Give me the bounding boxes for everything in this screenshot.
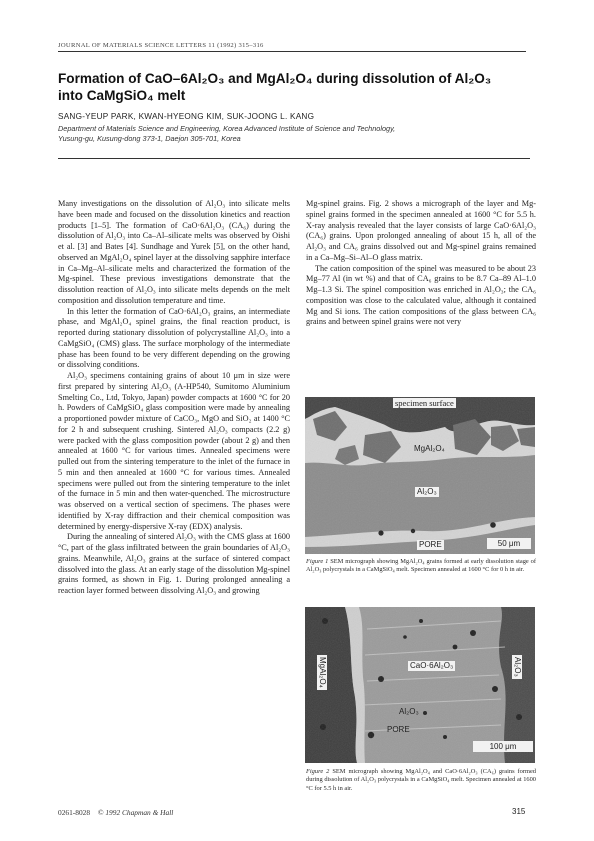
paragraph: The cation composition of the spinel was…	[306, 264, 536, 329]
header-divider	[58, 158, 530, 159]
paragraph: In this letter the formation of CaO·6Al₂…	[58, 307, 290, 372]
affiliation-line-1: Department of Materials Science and Engi…	[58, 124, 548, 134]
footer-copyright: 0261-8028 © 1992 Chapman & Hall	[58, 808, 173, 817]
page-number: 315	[512, 807, 525, 816]
article-title: Formation of CaO–6Al₂O₃ and MgAl₂O₄ duri…	[58, 70, 538, 104]
caption-label: Figure 1	[306, 558, 328, 565]
paragraph: Mg-spinel grains. Fig. 2 shows a microgr…	[306, 199, 536, 264]
label-al2o3-center: Al₂O₃	[397, 707, 421, 717]
paragraph: During the annealing of sintered Al₂O₃ w…	[58, 532, 290, 597]
title-line-1: Formation of CaO–6Al₂O₃ and MgAl₂O₄ duri…	[58, 70, 538, 87]
affiliation: Department of Materials Science and Engi…	[58, 124, 548, 144]
label-pore: PORE	[417, 540, 444, 550]
body-left-column: Many investigations on the dissolution o…	[58, 199, 290, 597]
scale-bar-100um: 100 μm	[473, 741, 533, 752]
paragraph: Al₂O₃ specimens containing grains of abo…	[58, 371, 290, 532]
figure-2-caption: Figure 2 SEM micrograph showing MgAl₂O₄ …	[306, 768, 536, 793]
label-mgal2o4: MgAl₂O₄	[412, 444, 447, 454]
issn: 0261-8028	[58, 808, 90, 817]
figure-1-micrograph: specimen surface MgAl₂O₄ Al₂O₃ PORE 50 μ…	[305, 397, 535, 554]
scale-bar-label: 100 μm	[490, 742, 517, 751]
title-line-2: into CaMgSiO₄ melt	[58, 87, 538, 104]
body-right-column: Mg-spinel grains. Fig. 2 shows a microgr…	[306, 199, 536, 328]
scale-bar-label: 50 μm	[498, 539, 520, 548]
author-list: SANG-YEUP PARK, KWAN-HYEONG KIM, SUK-JOO…	[58, 112, 538, 121]
paragraph: Many investigations on the dissolution o…	[58, 199, 290, 307]
label-specimen-surface: specimen surface	[393, 398, 456, 408]
caption-text: SEM micrograph showing MgAl₂O₄ grains fo…	[306, 558, 536, 573]
label-al2o3-right: Al₂O₃	[512, 655, 522, 679]
label-mgal2o4: MgAl₂O₄	[317, 655, 327, 690]
publisher-copyright: © 1992 Chapman & Hall	[98, 808, 173, 817]
affiliation-line-2: Yusung-gu, Kusung-dong 373-1, Daejon 305…	[58, 134, 548, 144]
figure-2-micrograph: MgAl₂O₄ CaO·6Al₂O₃ Al₂O₃ Al₂O₃ PORE 100 …	[305, 607, 535, 763]
scale-bar-50um: 50 μm	[487, 538, 531, 549]
running-head: JOURNAL OF MATERIALS SCIENCE LETTERS 11 …	[58, 42, 526, 52]
label-al2o3: Al₂O₃	[415, 487, 439, 497]
label-pore: PORE	[385, 725, 412, 735]
micrograph-image	[305, 397, 535, 554]
caption-text: SEM micrograph showing MgAl₂O₄ and CaO·6…	[306, 768, 536, 792]
caption-label: Figure 2	[306, 768, 329, 775]
micrograph-image	[305, 607, 535, 763]
figure-1-caption: Figure 1 SEM micrograph showing MgAl₂O₄ …	[306, 558, 536, 575]
label-cao-6al2o3: CaO·6Al₂O₃	[408, 661, 455, 671]
